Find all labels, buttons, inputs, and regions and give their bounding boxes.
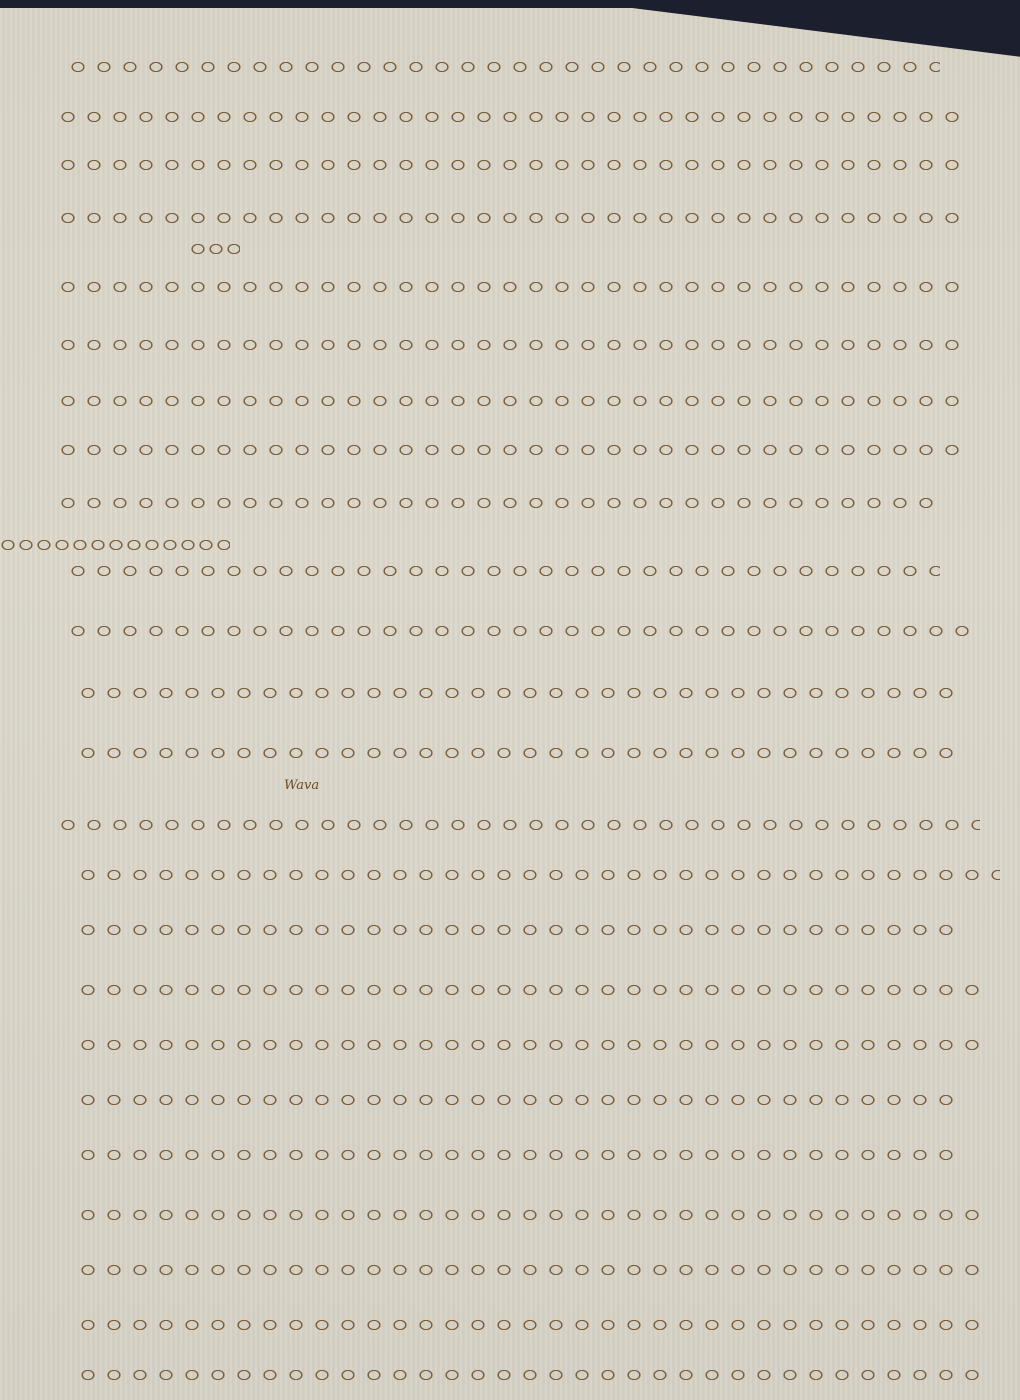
- manuscript-line-24: [80, 1358, 980, 1392]
- manuscript-line-17: [80, 973, 980, 1007]
- superscript-annotation: [190, 240, 240, 258]
- manuscript-line-19: [80, 1083, 960, 1117]
- manuscript-line-8: [60, 433, 970, 467]
- manuscript-line-10: [70, 554, 940, 588]
- manuscript-line-3: [60, 148, 960, 182]
- manuscript-line-15: [80, 858, 1000, 892]
- manuscript-line-2: [60, 100, 960, 134]
- manuscript-line-22: [80, 1253, 980, 1287]
- interlinear-gloss: Wava: [284, 778, 319, 793]
- manuscript-line-5: [60, 270, 970, 304]
- manuscript-line-20: [80, 1138, 960, 1172]
- manuscript-line-7: [60, 384, 970, 418]
- manuscript-line-9: [60, 486, 940, 520]
- manuscript-line-23: [80, 1308, 980, 1342]
- manuscript-page: Wava: [0, 8, 1020, 1400]
- manuscript-line-13: [80, 736, 960, 770]
- manuscript-line-18: [80, 1028, 980, 1062]
- margin-insertion: [0, 536, 230, 554]
- manuscript-line-14: [60, 808, 980, 842]
- manuscript-line-4: [60, 201, 960, 235]
- manuscript-line-6: [60, 328, 970, 362]
- manuscript-line-1: [70, 50, 940, 84]
- manuscript-line-11: [70, 614, 970, 648]
- manuscript-line-12: [80, 676, 960, 710]
- manuscript-line-16: [80, 913, 960, 947]
- manuscript-line-21: [80, 1198, 980, 1232]
